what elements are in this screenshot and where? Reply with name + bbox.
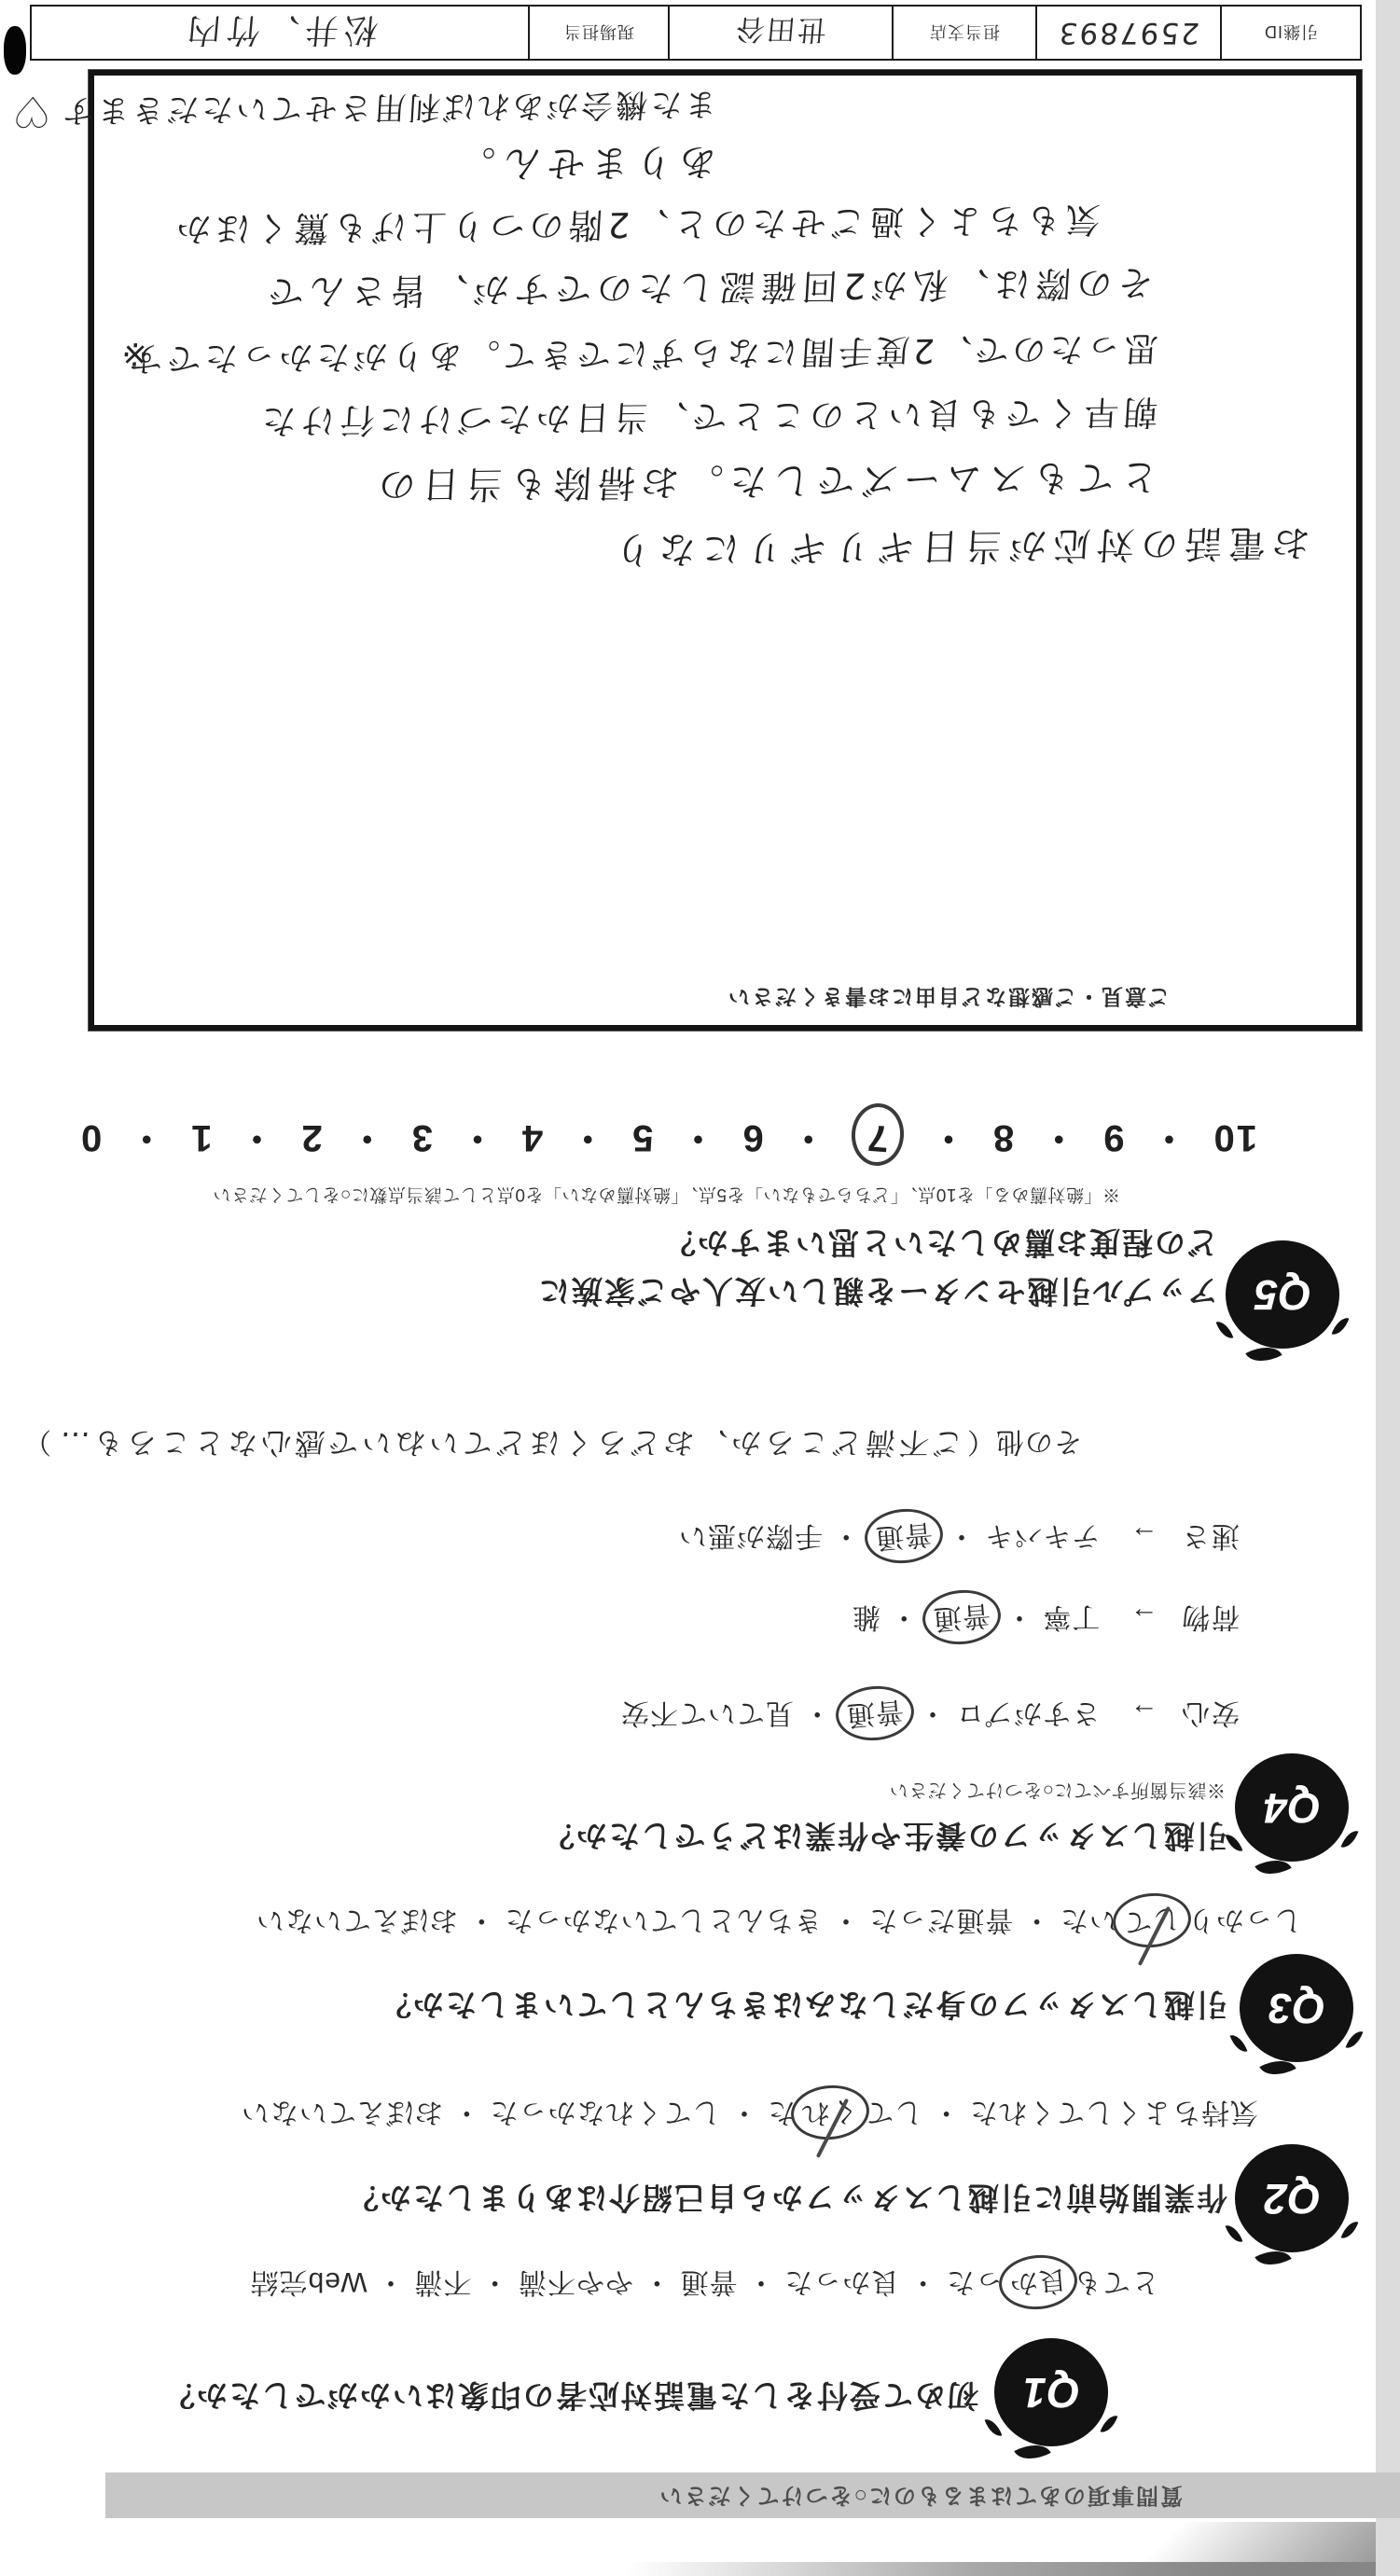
choice-text: ・ (457, 1115, 496, 1168)
q4-question: 引越しスタッフの養生や作業はどうでしたか？ (542, 1816, 1227, 1860)
scan-ink-blob (4, 26, 26, 75)
handover-id-handwritten: 2597893 (1056, 16, 1200, 49)
q2-question: 作業開始前に引越しスタッフから自己紹介はありましたか？ (346, 2178, 1227, 2222)
comment-line: 思ったので、2度手間にならずにできて。ありがたかったです (125, 326, 1159, 385)
branch-label: 担当支店 (929, 21, 1000, 45)
comment-line: お電話の対応が当日ギリギリになり (606, 519, 1311, 579)
leaf-icon (1341, 2219, 1359, 2242)
leaf-icon (1230, 2032, 1248, 2056)
q5-question-line1: アップル引越センターを親しい友人やご家族に (537, 1271, 1218, 1315)
q5-badge: Q5 (1226, 1240, 1339, 1349)
choice-text: とても (1073, 2266, 1159, 2297)
choice-text: 3 (410, 1116, 433, 1158)
choice-text: ・ (237, 1115, 276, 1168)
branch-label-cell: 担当支店 (892, 7, 1035, 59)
choice-text: ・ (928, 1115, 967, 1168)
leaf-icon (1254, 1851, 1291, 1883)
choice-text: 5 (631, 1116, 653, 1158)
q4-badge: Q4 (1235, 1753, 1349, 1862)
q4-row-options: さすがプロ ・ 普通 ・ 見ていて不安 (620, 1697, 1100, 1728)
leaf-icon (1254, 2242, 1291, 2274)
staff-handwritten: 松井、竹内 (180, 9, 380, 57)
q4-row-options: テキパキ ・ 普通 ・ 手際が悪い (678, 1520, 1100, 1551)
choice-text: ・ (1149, 1115, 1188, 1168)
choice-text: さすがプロ ・ (909, 1697, 1101, 1728)
hand-circled-choice: 普通 (862, 1505, 945, 1566)
survey-document-upside-down: 質問事項のあてはまるものに○をつけてください Q1 初めて受付をした電話対応者の… (0, 0, 1400, 2576)
staff-label: 現場担当 (563, 21, 634, 45)
q3-badge: Q3 (1240, 1954, 1353, 2062)
handover-id-label-cell: 引継ID (1220, 7, 1360, 59)
choice-text: ・ 見ていて不安 (620, 1697, 840, 1728)
choice-text: った ・ 良かった ・ 普通 ・ やや不満 ・ 不満 ・ Web完結 (250, 2266, 1005, 2297)
leaf-icon (1226, 2223, 1243, 2246)
choice-text: ・ (126, 1115, 165, 1168)
leaf-icon (1346, 2029, 1364, 2052)
q1-badge-label: Q1 (1022, 2368, 1080, 2417)
comment-line: ありません。 (450, 138, 718, 194)
hand-circled-choice: して (1111, 1890, 1194, 1950)
comment-box: ご意見・ご感想など自由にお書きください お電話の対応が当日ギリギリになり とても… (89, 70, 1362, 1031)
choice-text: 8 (991, 1116, 1014, 1158)
comment-line-text: また機会があれば利用させていただきます (60, 85, 718, 129)
choice-text: いた ・ 普通だった ・ きちんとしていなかった ・ おぼえていない (256, 1904, 1117, 1935)
q1-badge: Q1 (994, 2338, 1108, 2446)
q3-options: しっかりしていた ・ 普通だった ・ きちんとしていなかった ・ おぼえていない (256, 1899, 1302, 1944)
branch-value-cell: 世田谷 (668, 7, 892, 59)
branch-handwritten: 世田谷 (733, 12, 829, 54)
handover-id-value-cell: 2597893 (1035, 7, 1220, 59)
q4-other-close: ） (22, 1426, 51, 1457)
choice-text: 丁寧 ・ (996, 1601, 1101, 1632)
q5-question-line2: どの程度お薦めしたいと思いますか？ (663, 1223, 1218, 1267)
leaf-icon (1014, 2436, 1050, 2468)
comment-line: 気もちよく過ごせたのと、2階のつり上げも驚くほか (171, 198, 1102, 257)
choice-text: ・ 雑 (852, 1601, 927, 1632)
q4-row-nimotsu: 荷物 → 丁寧 ・ 普通 ・ 雑 (852, 1596, 1240, 1641)
instruction-bar: 質問事項のあてはまるものに○をつけてください (105, 2472, 1400, 2518)
q2-badge: Q2 (1235, 2144, 1349, 2252)
hand-circled-choice: 普通 (920, 1586, 1003, 1647)
scan-edge-strip (1376, 0, 1400, 2576)
leaf-icon (1101, 2413, 1118, 2436)
leaf-icon (1226, 1832, 1243, 1855)
choice-text: 10 (1213, 1116, 1258, 1158)
q4-row-label: 速さ (1180, 1520, 1240, 1551)
choice-text: 9 (1102, 1116, 1124, 1158)
q5-badge-label: Q5 (1254, 1270, 1311, 1319)
choice-text: 1 (189, 1116, 212, 1158)
scanned-survey-page: 質問事項のあてはまるものに○をつけてください Q1 初めて受付をした電話対応者の… (0, 0, 1400, 2576)
hand-circled-choice: 7 (849, 1101, 906, 1168)
q4-other-handwriting: ご不満どころか、おどろくほどていねいで感心なところも… (54, 1423, 964, 1466)
arrow-icon: → (1130, 1697, 1158, 1728)
q2-options: 気持ちよくしてくれた ・ してくれた ・ してくれなかった ・ おぼえていない (241, 2091, 1258, 2136)
hand-circled-choice: くれ (789, 2082, 872, 2142)
comment-line: その際は、私が2回確認したのですが、皆さんで (261, 260, 1155, 321)
q4-other-row: その他（ ご不満どころか、おどろくほどていねいで感心なところも… ） (22, 1423, 1082, 1466)
choice-text: 気持ちよくしてくれた ・ して (865, 2097, 1258, 2127)
q4-row-label: 荷物 (1180, 1601, 1240, 1632)
instruction-text: 質問事項のあてはまるものに○をつけてください (658, 2483, 1184, 2508)
choice-text: 6 (742, 1116, 764, 1158)
q2-badge-label: Q2 (1263, 2174, 1321, 2223)
handover-table: 引継ID 2597893 担当支店 世田谷 現場担当 松井、竹内 (30, 5, 1362, 61)
choice-text: 2 (300, 1116, 323, 1158)
leaf-icon (985, 2417, 1003, 2440)
arrow-icon: → (1130, 1520, 1158, 1551)
q4-row-label: 安心 (1180, 1697, 1240, 1728)
margin-asterisk-mark: ※ (114, 335, 149, 372)
q1-question: 初めて受付をした電話対応者の印象はいかがでしたか？ (162, 2375, 978, 2419)
comment-box-title: ご意見・ご感想など自由にお書きください (727, 983, 1170, 1014)
choice-text: ・ 手際が悪い (678, 1520, 869, 1551)
choice-text: ・ (567, 1115, 606, 1168)
hand-circled-choice: 普通 (833, 1683, 916, 1743)
q4-row-options: 丁寧 ・ 普通 ・ 雑 (852, 1601, 1100, 1632)
choice-text: テキパキ ・ (938, 1520, 1101, 1551)
q4-badge-label: Q4 (1263, 1783, 1321, 1832)
comment-line-last: また機会があれば利用させていただきます♡ (8, 83, 718, 141)
arrow-icon: → (1130, 1601, 1158, 1632)
choice-text: しっかり (1186, 1904, 1302, 1935)
q3-badge-label: Q3 (1268, 1984, 1325, 2032)
q4-row-hayasa: 速さ → テキパキ ・ 普通 ・ 手際が悪い (678, 1515, 1240, 1559)
staff-label-cell: 現場担当 (528, 7, 668, 59)
leaf-icon (1216, 1319, 1234, 1342)
heart-doodle: ♡ (8, 87, 52, 137)
leaf-icon (1341, 1828, 1359, 1851)
choice-text: 0 (79, 1116, 102, 1158)
q4-row-anshin: 安心 → さすがプロ ・ 普通 ・ 見ていて不安 (620, 1692, 1240, 1737)
q1-options: とても良かった ・ 良かった ・ 普通 ・ やや不満 ・ 不満 ・ Web完結 (250, 2261, 1160, 2306)
q5-note: ※「絶対薦める」を10点、「どちらでもない」を5点、「絶対薦めない」を0点として… (213, 1184, 1120, 1209)
comment-line: 朝早くでも良いとのことで、当日かたづけに行けた (256, 390, 1159, 450)
choice-text: た ・ してくれなかった ・ おぼえていない (241, 2097, 796, 2127)
choice-text: ・ (678, 1115, 717, 1168)
leaf-icon (1259, 2052, 1296, 2084)
q5-rating-scale: 10・9・8・7・6・5・4・3・2・1・0 (67, 1103, 1269, 1168)
choice-text: 4 (520, 1116, 543, 1158)
handover-id-label: 引継ID (1264, 21, 1318, 45)
q4-note: ※該当箇所すべてに○をつけてください (889, 1779, 1226, 1806)
choice-text: ・ (788, 1115, 827, 1168)
q4-other-open: その他（ (966, 1426, 1082, 1457)
q3-question: 引越しスタッフの身だしなみはきちんとしていましたか？ (379, 1985, 1227, 2029)
comment-line: とてもスムーズでした。お掃除も当日の (370, 453, 1159, 515)
hand-circled-choice: 良か (997, 2251, 1080, 2312)
leaf-icon (1245, 1338, 1282, 1370)
leaf-icon (1332, 1315, 1350, 1338)
choice-text: ・ (347, 1115, 386, 1168)
scan-corner-shade (1092, 2522, 1400, 2576)
staff-value-cell: 松井、竹内 (32, 7, 528, 59)
choice-text: ・ (1038, 1115, 1077, 1168)
